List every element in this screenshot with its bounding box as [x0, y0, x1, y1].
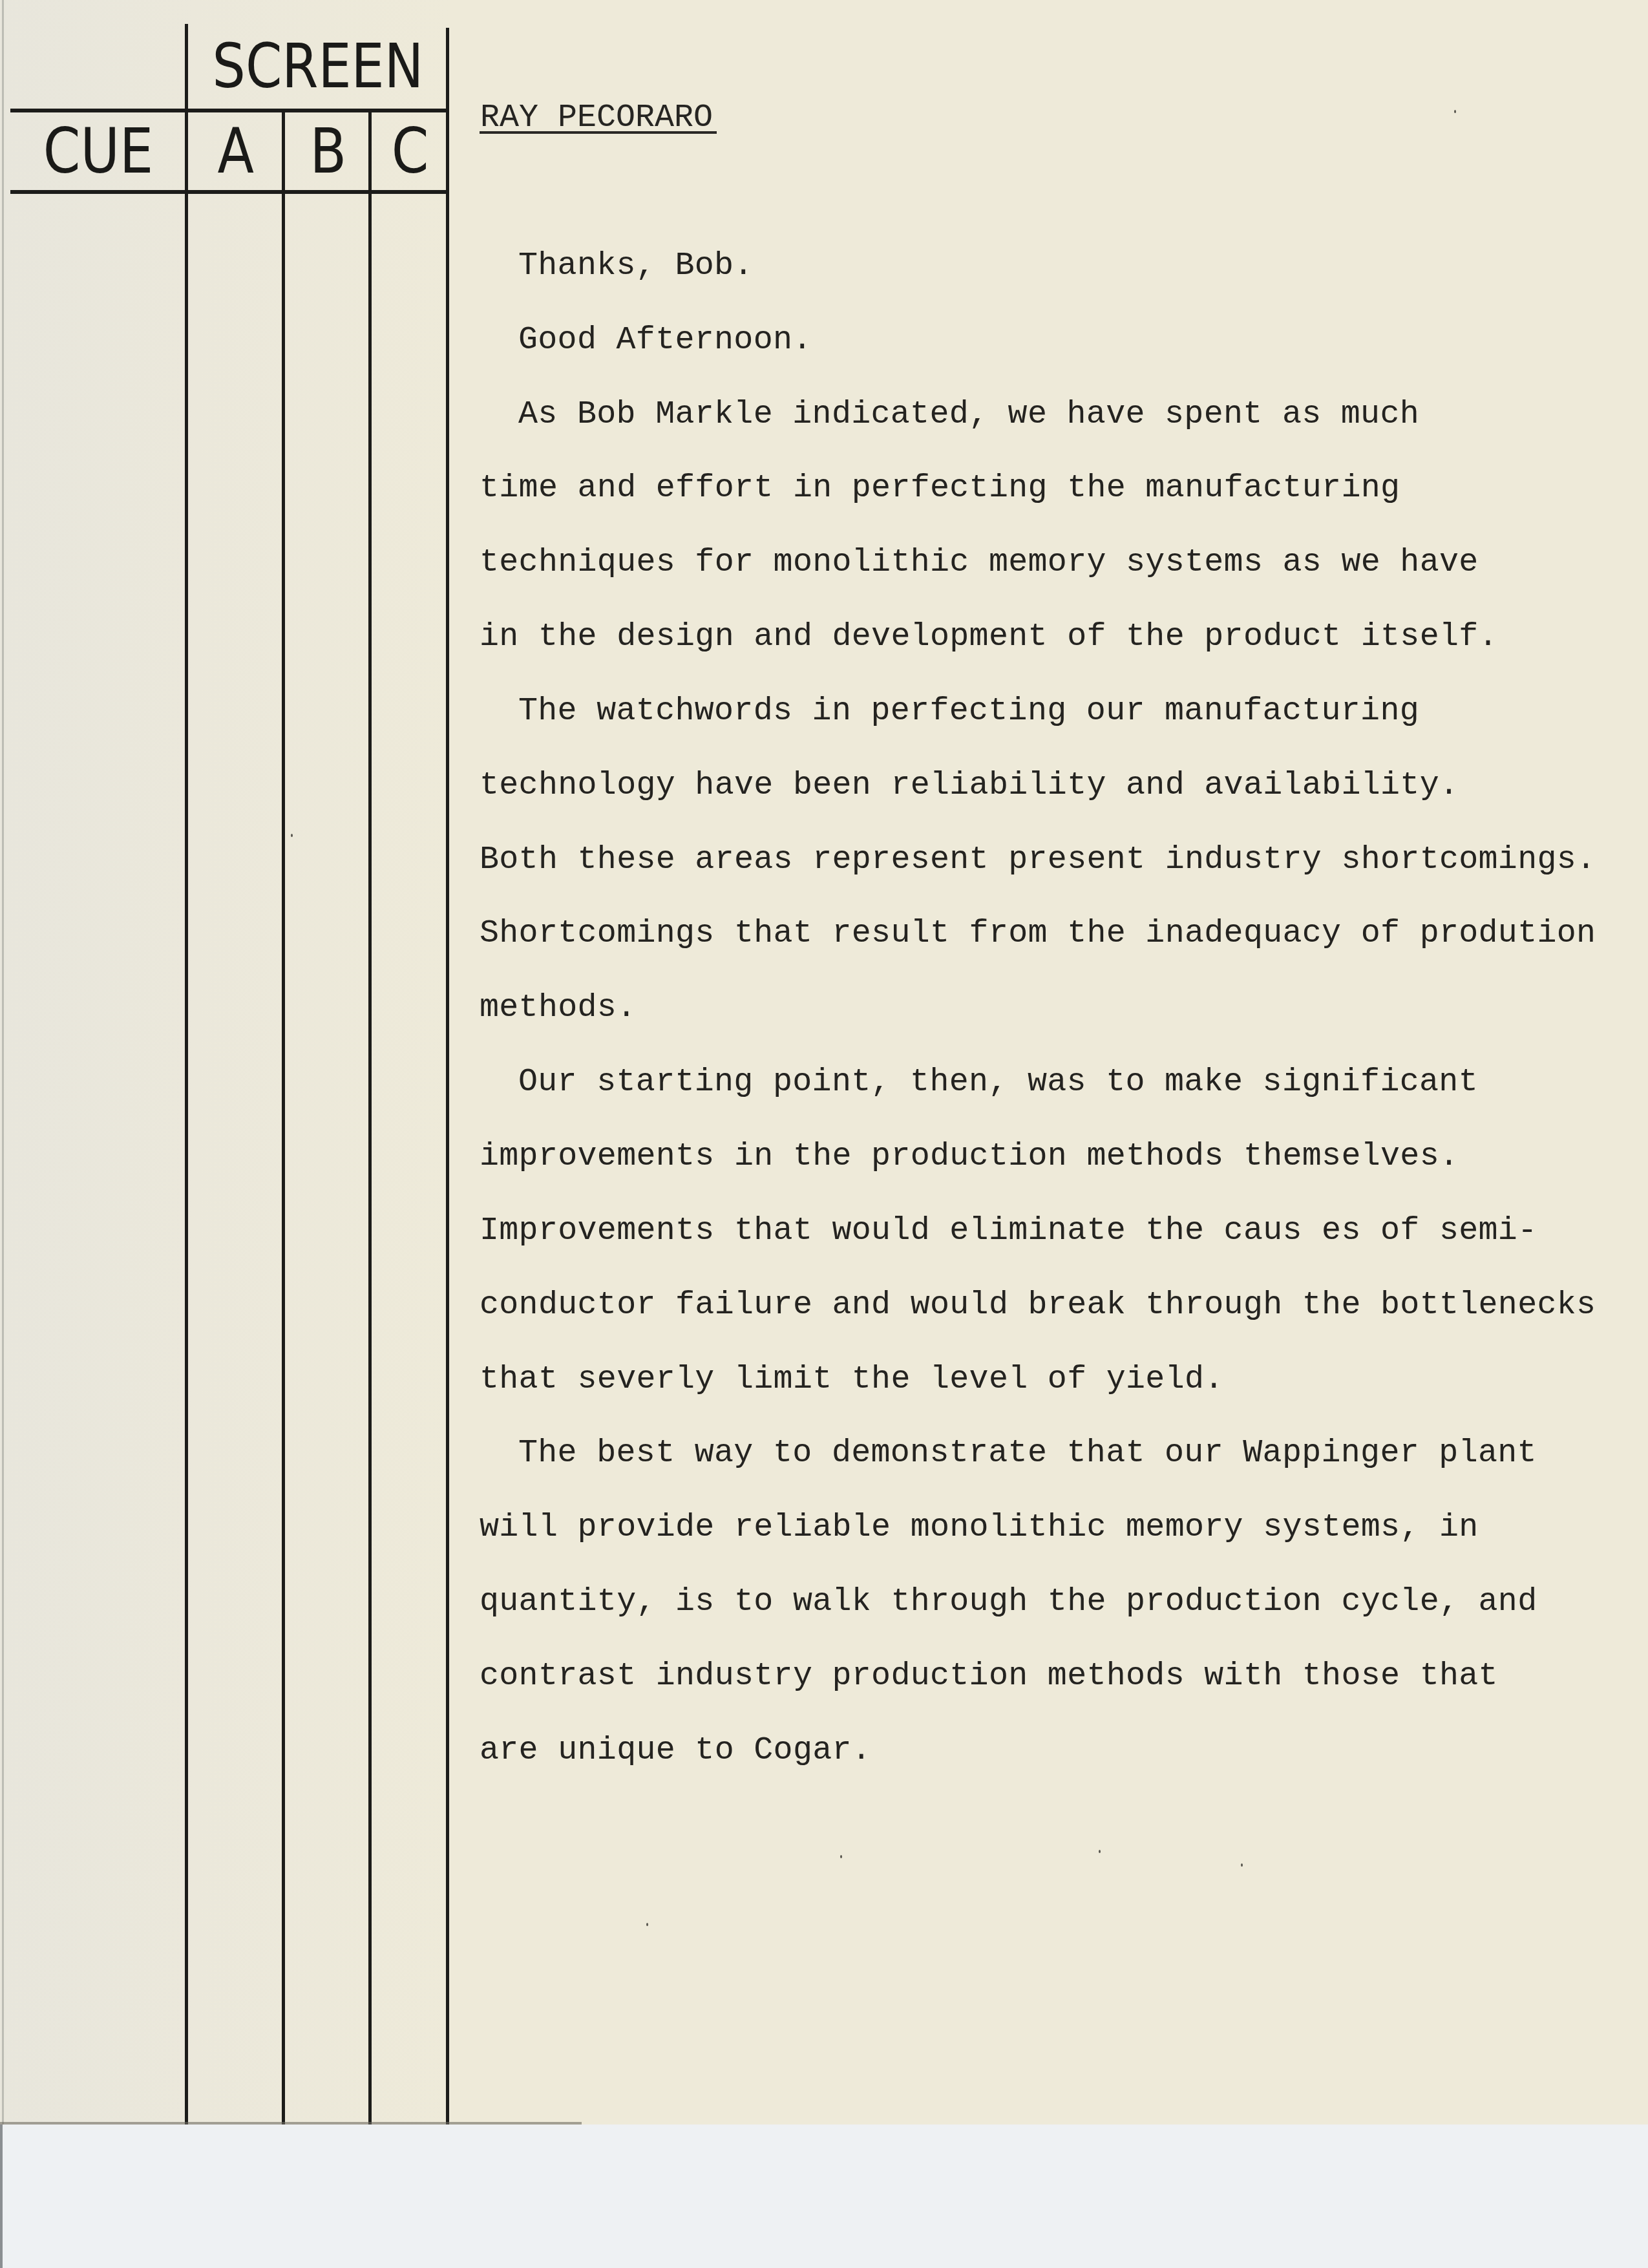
scanner-edge-strip	[0, 2125, 3, 2268]
script-line: in the design and development of the pro…	[480, 621, 1498, 653]
paper-speck	[646, 1923, 648, 1926]
paper-speck	[1241, 1863, 1243, 1867]
header-screen-a: A	[189, 120, 283, 182]
script-line: time and effort in perfecting the manufa…	[480, 472, 1400, 505]
script-page: SCREEN CUE A B C RAY PECORARO Thanks, Bo…	[0, 0, 1648, 2125]
script-line: Shortcomings that result from the inadeq…	[480, 918, 1596, 950]
script-line: Thanks, Bob.	[518, 250, 754, 282]
script-line: Improvements that would eliminate the ca…	[480, 1215, 1537, 1247]
header-cue-label: CUE	[43, 120, 153, 182]
script-line: quantity, is to walk through the product…	[480, 1586, 1537, 1618]
script-line: As Bob Markle indicated, we have spent a…	[518, 399, 1419, 431]
paper-speck	[291, 834, 293, 837]
header-screen-c: C	[373, 120, 447, 182]
script-line: Both these areas represent present indus…	[480, 844, 1596, 876]
rule-header-bottom	[10, 190, 449, 194]
script-line: Good Afternoon.	[518, 324, 812, 357]
page-edge-shadow	[2, 0, 4, 2125]
rule-c-right	[446, 28, 449, 2125]
header-c-label: C	[392, 120, 429, 182]
header-screen-b: B	[286, 120, 370, 182]
script-line: improvements in the production methods t…	[480, 1141, 1459, 1173]
header-b-label: B	[310, 120, 346, 182]
script-line: The watchwords in perfecting our manufac…	[518, 695, 1419, 728]
paper-speck	[840, 1855, 842, 1858]
rule-b-right	[368, 110, 372, 2125]
script-line: techniques for monolithic memory systems…	[480, 547, 1479, 579]
header-screen: SCREEN	[189, 37, 447, 98]
paper-speck	[1099, 1850, 1101, 1853]
script-line: Our starting point, then, was to make si…	[518, 1066, 1478, 1099]
rule-header-top	[10, 109, 449, 112]
speaker-underline	[480, 131, 717, 134]
rule-a-right	[282, 110, 285, 2125]
script-line: are unique to Cogar.	[480, 1735, 871, 1767]
script-line: The best way to demonstrate that our Wap…	[518, 1437, 1537, 1470]
script-line: methods.	[480, 992, 636, 1024]
script-line: that severly limit the level of yield.	[480, 1364, 1224, 1396]
page-bottom-edge	[0, 2122, 582, 2125]
script-line: contrast industry production methods wit…	[480, 1660, 1498, 1693]
paper-speck	[1454, 110, 1456, 113]
script-line: conductor failure and would break throug…	[480, 1289, 1596, 1322]
script-line: will provide reliable monolithic memory …	[480, 1512, 1479, 1544]
header-a-label: A	[218, 120, 254, 182]
header-cue: CUE	[10, 120, 185, 182]
script-line: technology have been reliability and ava…	[480, 770, 1459, 802]
header-screen-label: SCREEN	[213, 37, 424, 98]
rule-cue-right	[185, 24, 188, 2125]
speaker-name: RAY PECORARO	[480, 102, 713, 134]
